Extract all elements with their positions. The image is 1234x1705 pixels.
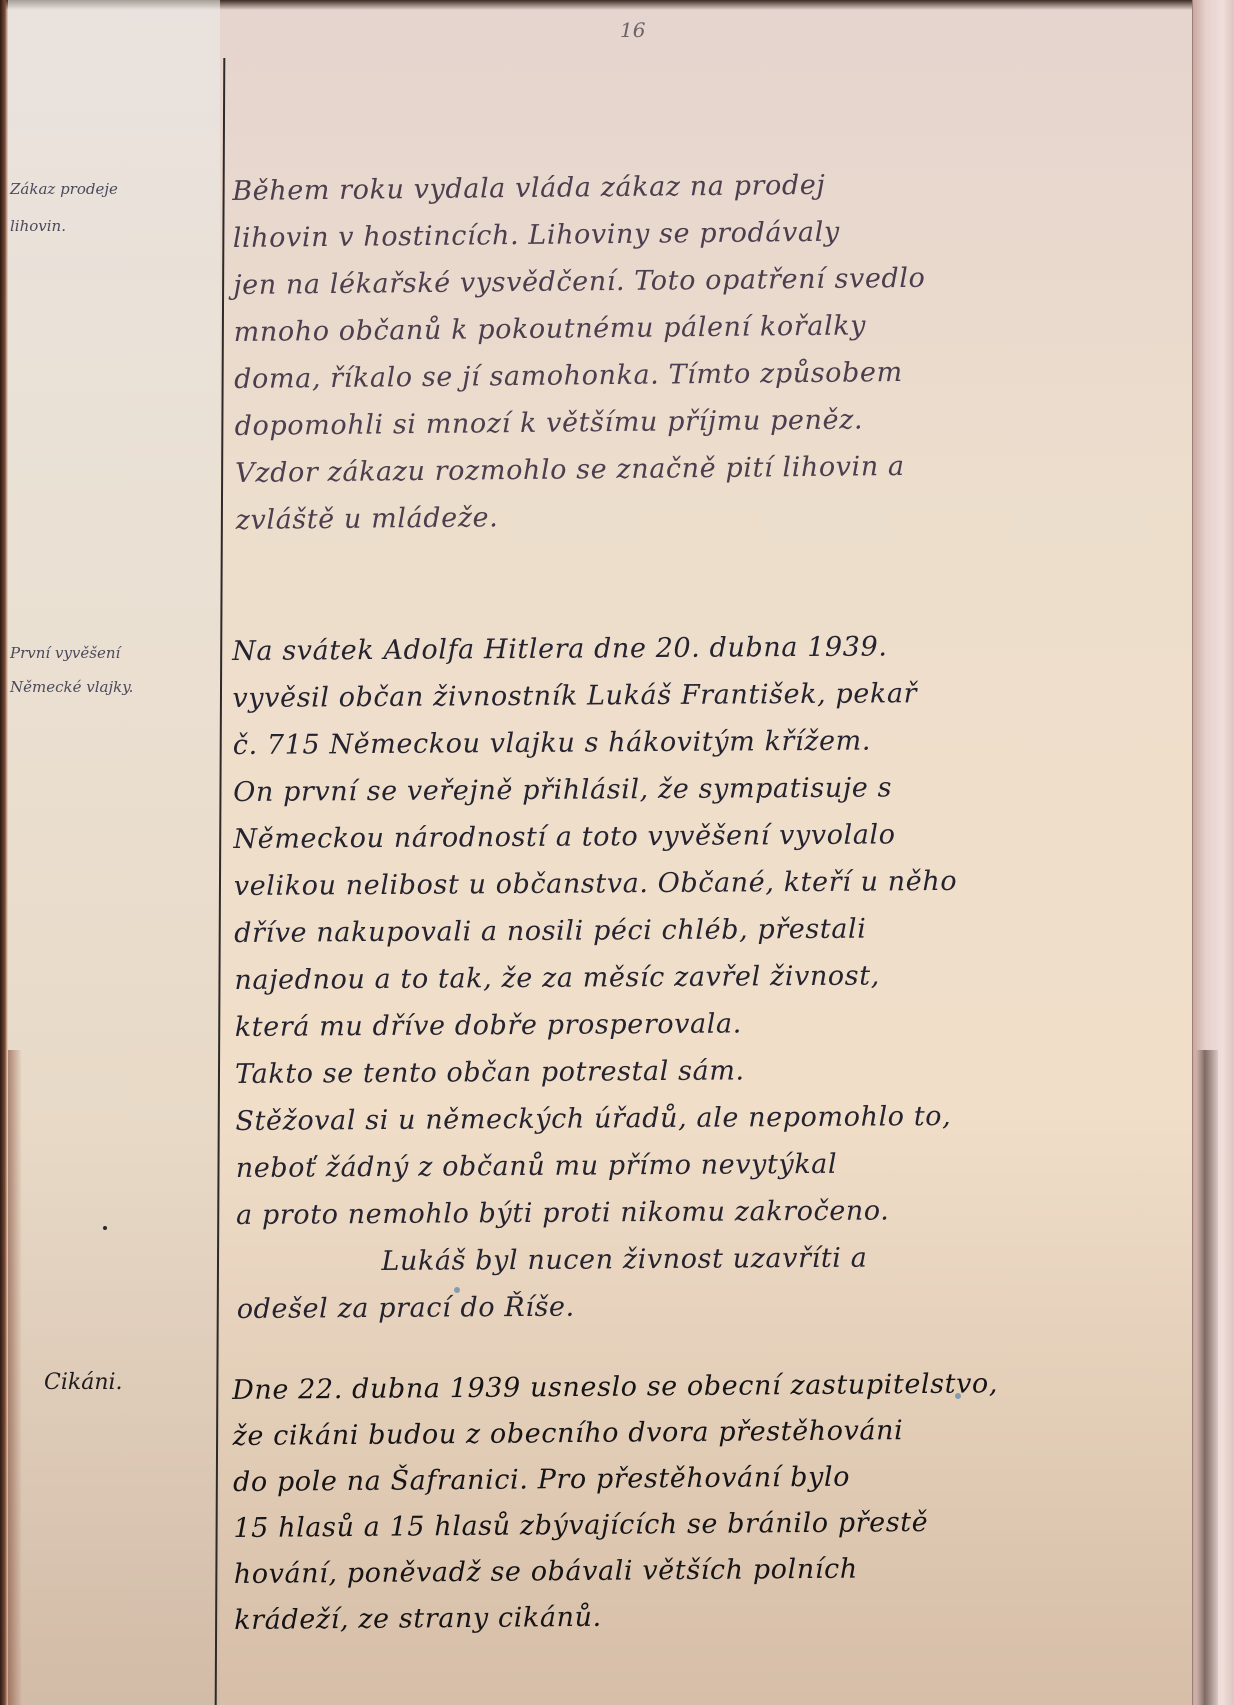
entry-german-flag: Na svátek Adolfa Hitlera dne 20. dubna 1… (232, 621, 1187, 1333)
text-line: Stěžoval si u německých úřadů, ale nepom… (235, 1091, 1185, 1145)
heading-line: Cikáni. (44, 1362, 244, 1404)
margin-heading-liquor-ban: Zákaz prodeje lihovin. (10, 168, 210, 242)
text-line: dříve nakupovali a nosili péci chléb, př… (234, 903, 1184, 957)
entry-liquor-ban: Během roku vydala vláda zákaz na prodej … (232, 158, 1186, 544)
text-line: vyvěsil občan živnostník Lukáš František… (232, 668, 1182, 722)
text-line: velikou nelibost u občanstva. Občané, kt… (234, 856, 1184, 910)
book-left-edge (0, 0, 8, 1705)
ink-speck (103, 1226, 107, 1230)
text-line: že cikáni budou z obecního dvora přestěh… (232, 1406, 1182, 1460)
ink-speck-blue (955, 1393, 961, 1399)
text-line: zvláště u mládeže. (235, 487, 1185, 544)
text-line: neboť žádný z občanů mu přímo nevytýkal (236, 1138, 1186, 1192)
text-line: odešel za prací do Říše. (237, 1279, 1187, 1333)
text-line: č. 715 Německou vlajku s hákovitým kříže… (233, 715, 1183, 769)
margin-column (8, 0, 220, 1705)
text-line: která mu dříve dobře prosperovala. (235, 997, 1185, 1051)
text-line: 15 hlasů a 15 hlasů zbývajících se bráni… (233, 1498, 1183, 1552)
text-line: Takto se tento občan potrestal sám. (235, 1044, 1185, 1098)
text-line: najednou a to tak, že za měsíc zavřel ži… (234, 950, 1184, 1004)
chronicle-page: 16 Zákaz prodeje lihovin. Během roku vyd… (0, 0, 1234, 1705)
text-line: do pole na Šafranici. Pro přestěhování b… (233, 1452, 1183, 1506)
ink-speck-blue (454, 1287, 460, 1293)
heading-line: lihovin. (10, 210, 210, 242)
page-fold-shadow (1196, 1050, 1218, 1705)
heading-line: Zákaz prodeje (10, 168, 210, 210)
text-line: Na svátek Adolfa Hitlera dne 20. dubna 1… (232, 621, 1182, 675)
text-line: hování, poněvadž se obávali větších poln… (234, 1544, 1184, 1598)
margin-heading-gypsies: Cikáni. (44, 1362, 244, 1404)
text-line: Německou národností a toto vyvěšení vyvo… (233, 809, 1183, 863)
text-line: Dne 22. dubna 1939 usneslo se obecní zas… (232, 1360, 1182, 1414)
text-line-indented: Lukáš byl nucen živnost uzavříti a (236, 1232, 1186, 1286)
page-number: 16 (620, 18, 645, 42)
text-line: On první se veřejně přihlásil, že sympat… (233, 762, 1183, 816)
heading-line: Německé vlajky. (10, 674, 210, 700)
page-edge-stain (8, 1050, 22, 1705)
text-line: krádeží, ze strany cikánů. (234, 1590, 1184, 1644)
margin-heading-german-flag: První vyvěšení Německé vlajky. (10, 632, 210, 700)
heading-line: První vyvěšení (10, 632, 210, 674)
entry-gypsies: Dne 22. dubna 1939 usneslo se obecní zas… (232, 1360, 1184, 1644)
text-line: a proto nemohlo býti proti nikomu zakroč… (236, 1185, 1186, 1239)
